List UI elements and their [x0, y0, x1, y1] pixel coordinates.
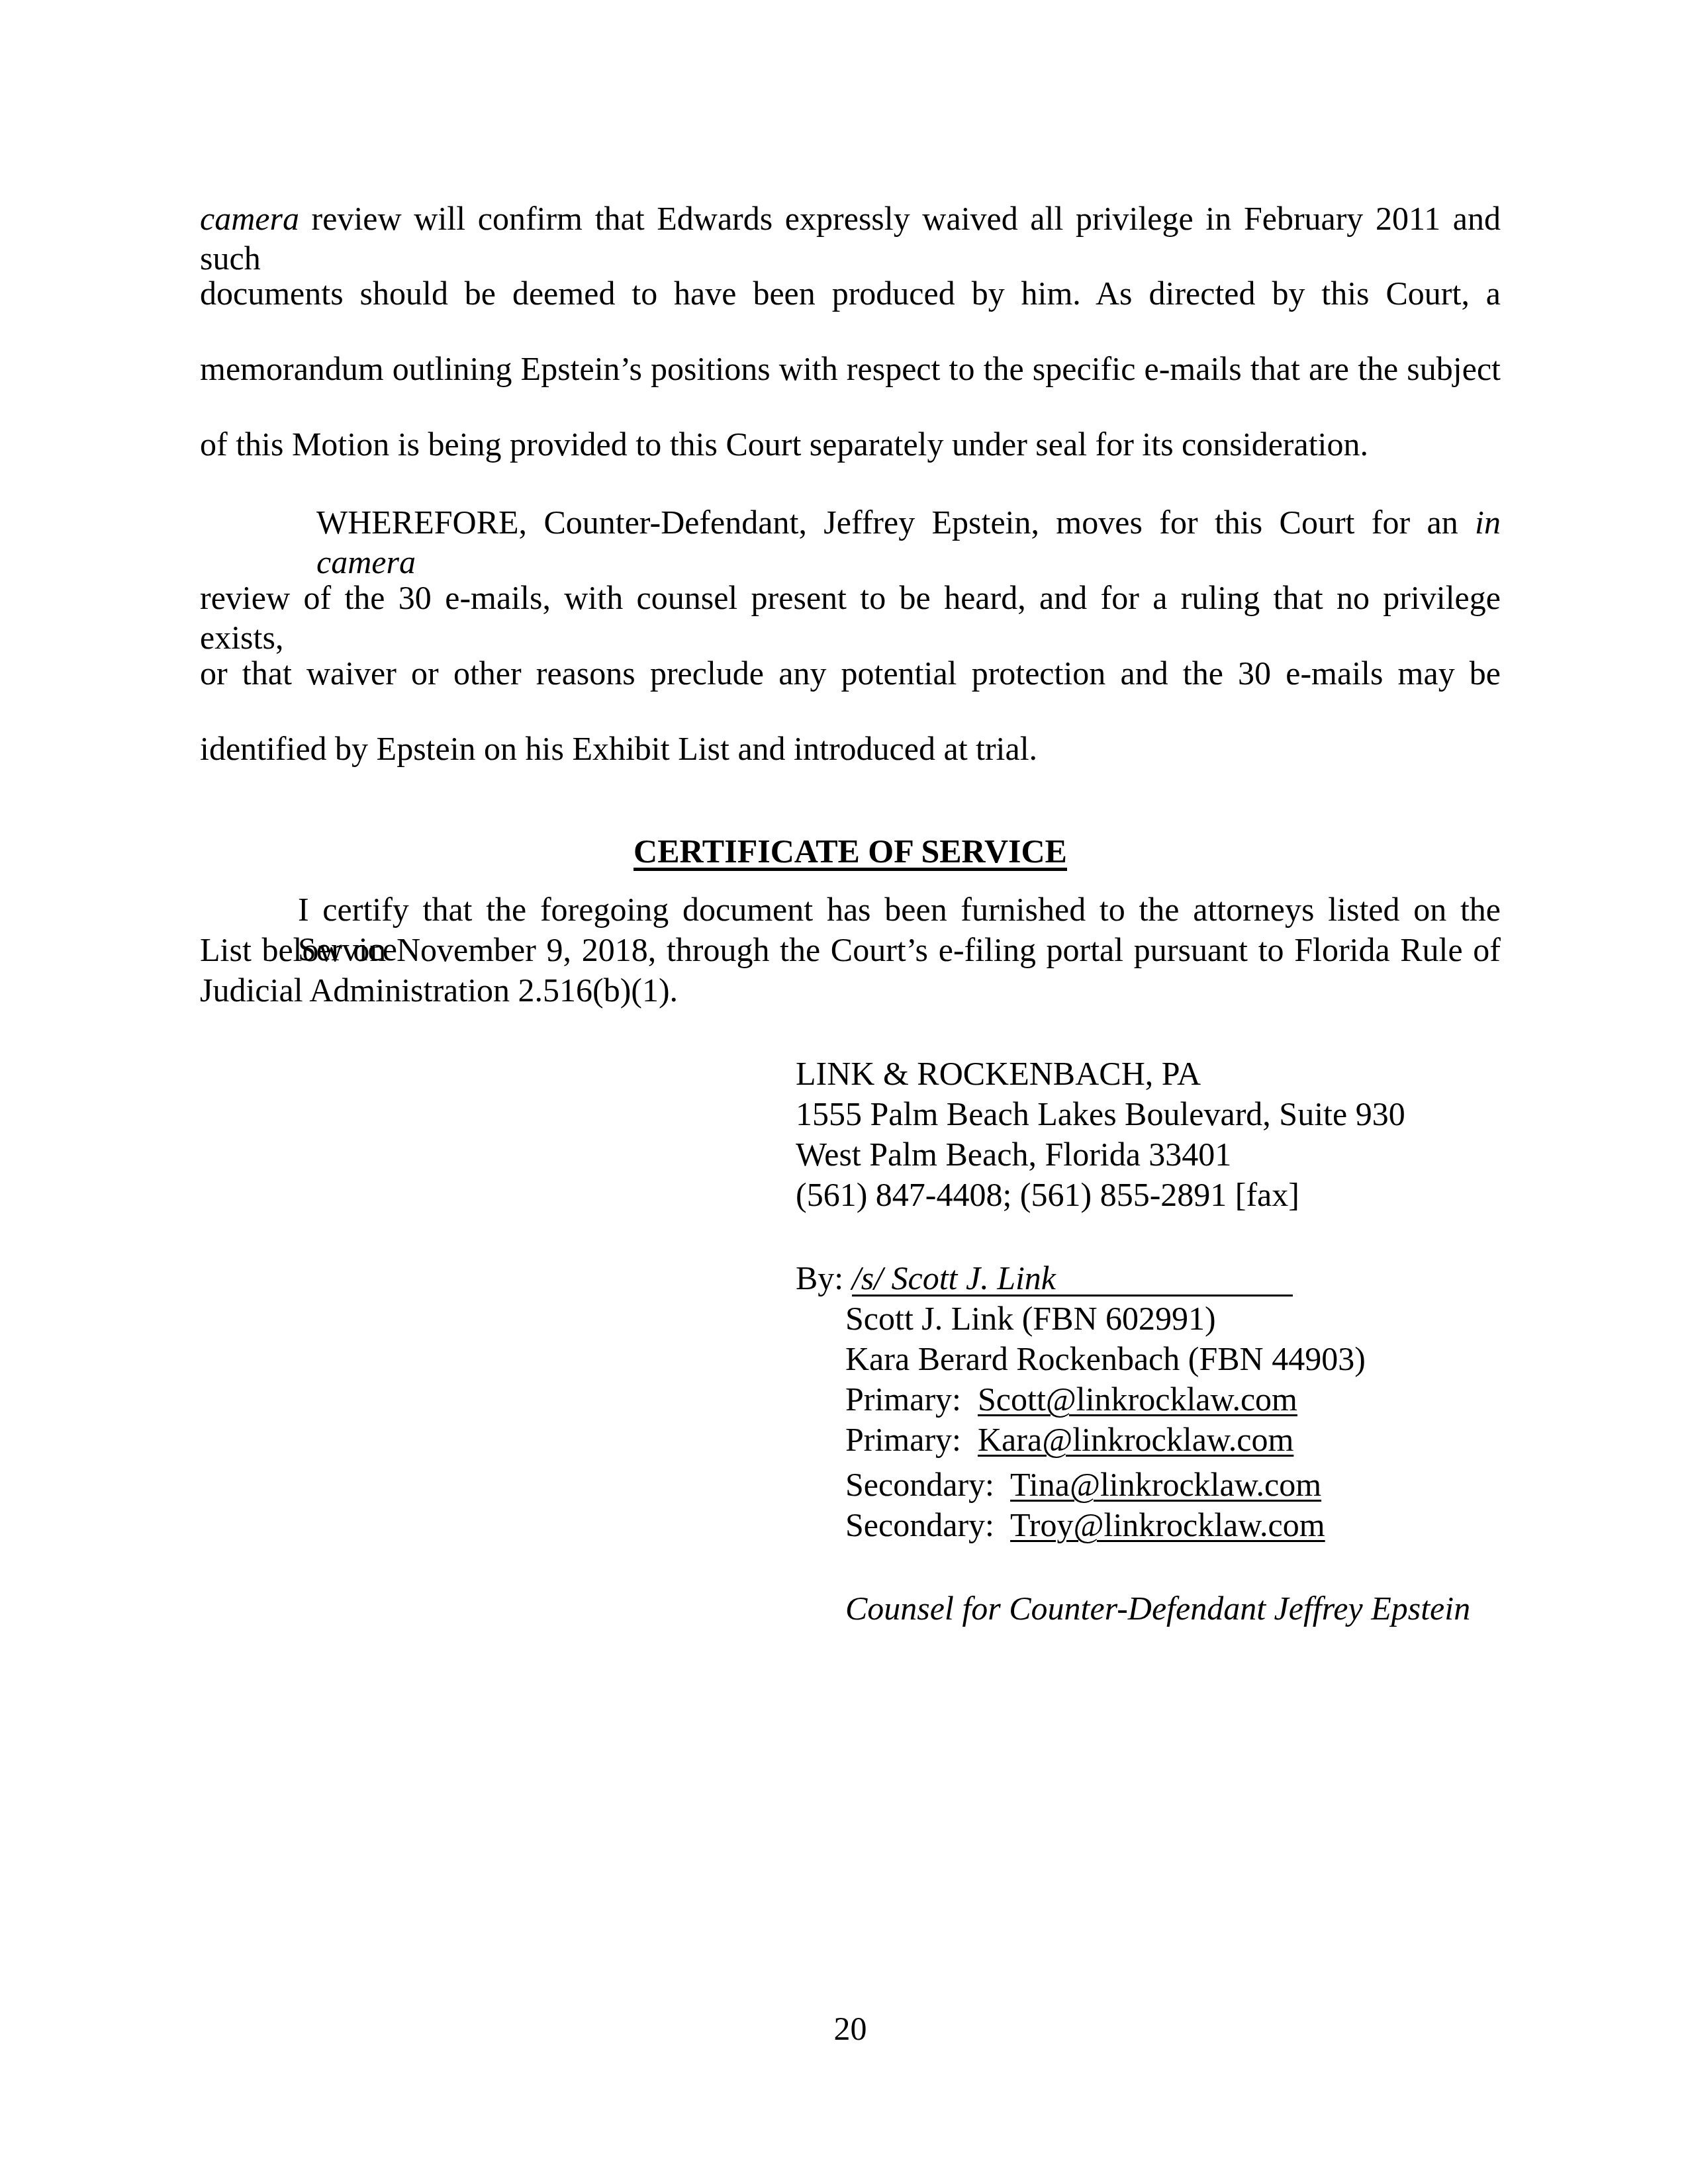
counsel-for: Counsel for Counter-Defendant Jeffrey Ep… [845, 1588, 1470, 1628]
document-page: camera review will confirm that Edwards … [0, 0, 1688, 2184]
email-link[interactable]: Tina@linkrocklaw.com [1010, 1466, 1321, 1503]
certificate-line: List below on November 9, 2018, through … [200, 930, 1501, 970]
certificate-line: I certify that the foregoing document ha… [298, 889, 1501, 929]
firm-phone: (561) 847-4408; (561) 855-2891 [fax] [796, 1175, 1299, 1214]
body-line: or that waiver or other reasons preclude… [200, 653, 1501, 693]
body-line: camera review will confirm that Edwards … [200, 199, 1501, 238]
certificate-line: Judicial Administration 2.516(b)(1). [200, 970, 1501, 1010]
email-label: Secondary: [845, 1505, 994, 1545]
attorney-name: Scott J. Link (FBN 602991) [845, 1298, 1216, 1338]
signature-line: By: /s/ Scott J. Link [796, 1258, 1293, 1298]
body-line: review of the 30 e-mails, with counsel p… [200, 578, 1501, 617]
email-label: Primary: [845, 1379, 961, 1419]
email-link[interactable]: Scott@linkrocklaw.com [978, 1381, 1297, 1418]
email-link[interactable]: Troy@linkrocklaw.com [1010, 1506, 1325, 1543]
wherefore-line: WHEREFORE, Counter-Defendant, Jeffrey Ep… [316, 502, 1501, 542]
electronic-signature: /s/ Scott J. Link [852, 1261, 1293, 1297]
attorney-name: Kara Berard Rockenbach (FBN 44903) [845, 1339, 1366, 1379]
email-link[interactable]: Kara@linkrocklaw.com [978, 1421, 1293, 1458]
email-row: Primary: Kara@linkrocklaw.com [845, 1420, 1293, 1459]
body-line: memorandum outlining Epstein’s positions… [200, 349, 1501, 388]
body-line: identified by Epstein on his Exhibit Lis… [200, 729, 1501, 768]
firm-address-line2: West Palm Beach, Florida 33401 [796, 1134, 1231, 1174]
page-number: 20 [200, 2009, 1501, 2048]
firm-address-line1: 1555 Palm Beach Lakes Boulevard, Suite 9… [796, 1094, 1405, 1134]
italic-term: camera [200, 200, 299, 237]
by-label: By: [796, 1259, 852, 1297]
body-line: documents should be deemed to have been … [200, 273, 1501, 313]
email-row: Secondary: Troy@linkrocklaw.com [845, 1505, 1325, 1545]
email-label: Secondary: [845, 1465, 994, 1504]
body-line: of this Motion is being provided to this… [200, 424, 1501, 464]
email-row: Secondary: Tina@linkrocklaw.com [845, 1465, 1321, 1504]
email-label: Primary: [845, 1420, 961, 1459]
email-row: Primary: Scott@linkrocklaw.com [845, 1379, 1297, 1419]
firm-name: LINK & ROCKENBACH, PA [796, 1054, 1201, 1093]
certificate-heading: CERTIFICATE OF SERVICE [200, 831, 1501, 871]
